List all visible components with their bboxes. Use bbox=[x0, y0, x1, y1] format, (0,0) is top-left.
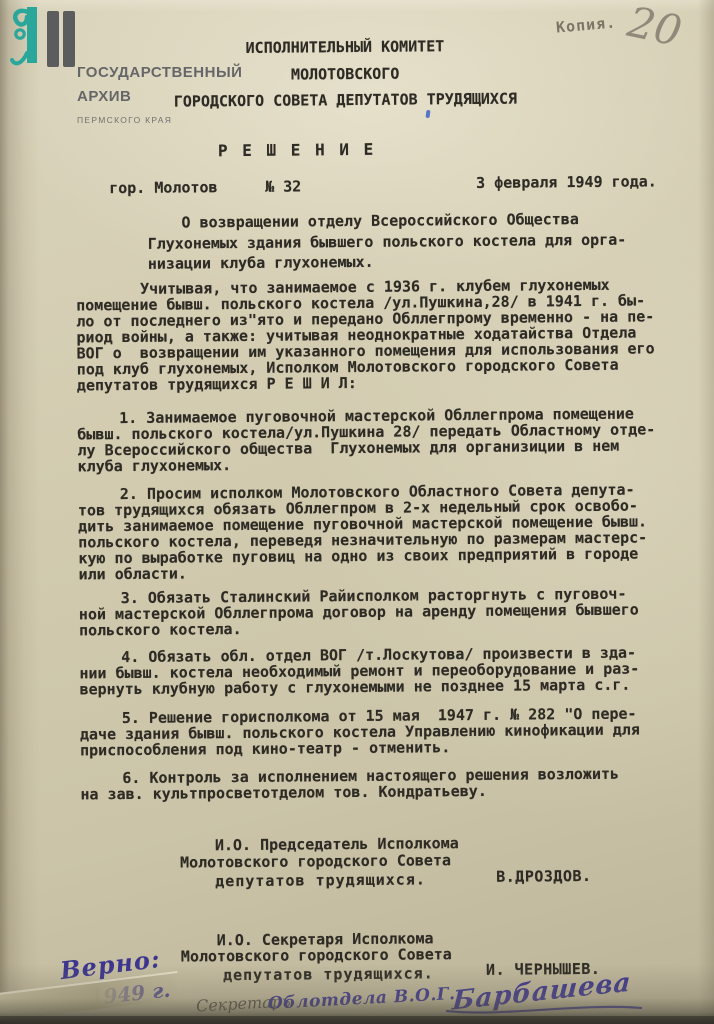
decision-date: 3 февраля 1949 года. bbox=[476, 173, 657, 191]
signer1-name: В.ДРОЗДОВ. bbox=[496, 868, 591, 885]
scan-bottom-edge bbox=[0, 1016, 714, 1024]
preamble-paragraph: Учитывая, что занимаемое с 1936 г. клубе… bbox=[76, 276, 655, 393]
resolution-item-6: 6. Контроль за исполнением настоящего ре… bbox=[80, 766, 619, 803]
text-line: на зав. культпросветотделом тов. Кондрат… bbox=[80, 782, 619, 803]
typed-text-layer: ИСПОЛНИТЕЛЬНЫЙ КОМИТЕТМОЛОТОВСКОГОГОРОДС… bbox=[0, 0, 714, 1024]
text-line: вернуть клубную работу с глухонемыми не … bbox=[79, 677, 639, 698]
signer1-role-line3: депутатов трудящихся. bbox=[215, 871, 426, 889]
resolution-item-3: 3. Обязать Сталинский Райисполком растор… bbox=[79, 586, 639, 639]
decision-number: № 32 bbox=[265, 178, 301, 194]
signer2-role-line2: Молотовского городского Совета bbox=[181, 946, 452, 964]
resolution-item-4: 4. Обязать обл. отдел ВОГ /т.Лоскутова/ … bbox=[79, 645, 639, 698]
document-title: Р Е Ш Е Н И Е bbox=[0, 140, 597, 161]
subject-paragraph: О возвращении отделу Всероссийского Обще… bbox=[147, 209, 626, 275]
letterhead: ИСПОЛНИТЕЛЬНЫЙ КОМИТЕТМОЛОТОВСКОГОГОРОДС… bbox=[5, 31, 686, 116]
text-line: Глухонемых здания бывшего польского кост… bbox=[148, 229, 627, 254]
signer1-role-line2: Молотовского городского Совета bbox=[180, 852, 451, 870]
resolution-item-2: 2. Просим исполком Молотовского Областно… bbox=[78, 481, 648, 582]
text-line: приспособления под кино-театр - отменить… bbox=[80, 738, 640, 759]
text-line: ГОРОДСКОГО СОВЕТА ДЕПУТАТОВ ТРУДЯЩИХСЯ bbox=[5, 84, 685, 116]
resolution-item-1: 1. Занимаемое пуговочной мастерской Облл… bbox=[77, 405, 656, 474]
scanned-document-page: ГОСУДАРСТВЕННЫЙ АРХИВ ПЕРМСКОГО КРАЯ ИСП… bbox=[0, 0, 714, 1024]
resolution-item-5: 5. Решение горисполкома от 15 мая 1947 г… bbox=[80, 706, 640, 759]
text-line: низации клуба глухонемых. bbox=[148, 250, 627, 275]
city-label: гор. Молотов bbox=[109, 179, 218, 196]
scan-bottom-shadow bbox=[0, 964, 714, 1024]
